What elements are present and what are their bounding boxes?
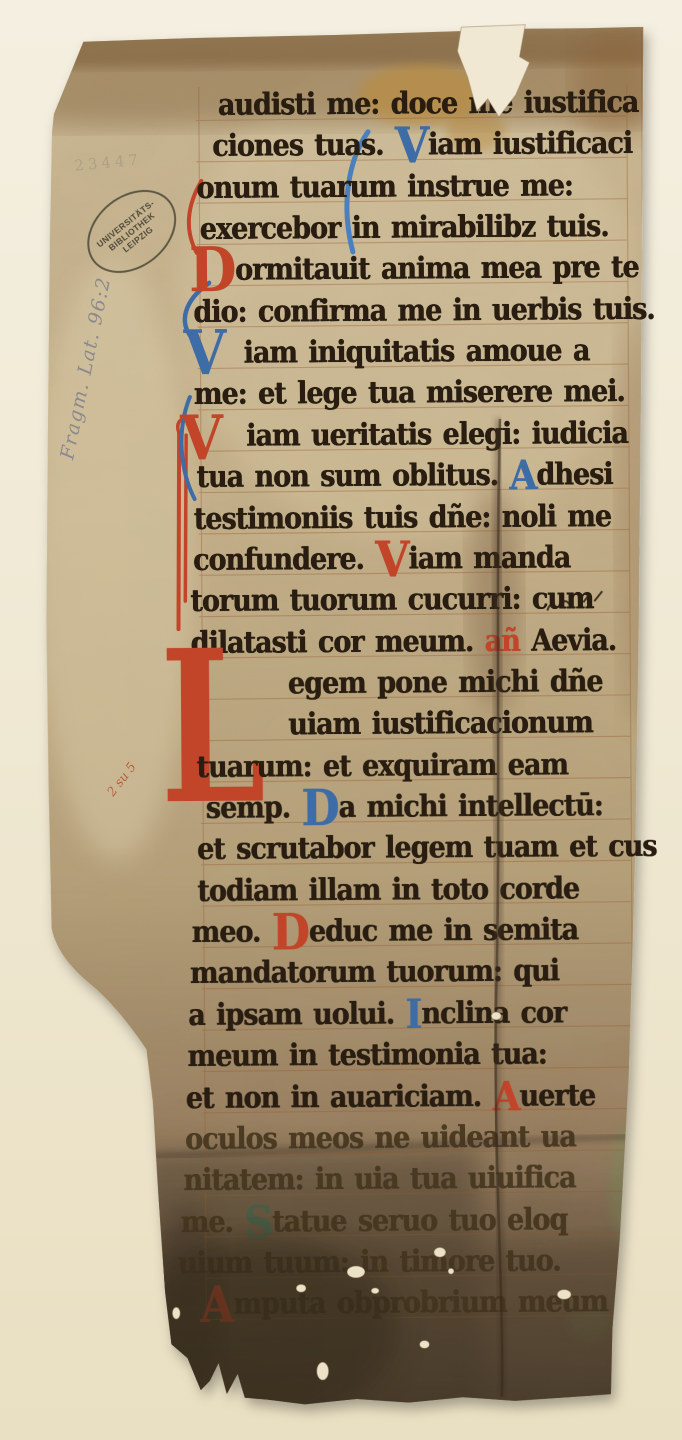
text-segment: mputa obprobrium meum xyxy=(233,1284,608,1321)
text-segment: dhesi xyxy=(536,457,612,492)
blue-initial: I xyxy=(405,991,421,1038)
text-segment: ormitauit anima mea pre te xyxy=(235,250,639,288)
manuscript-text-line: tuarum: et exquiram eam xyxy=(196,746,568,786)
text-segment: tua non sum oblitus. xyxy=(196,458,509,495)
text-segment: a ipsam uolui. xyxy=(188,997,406,1033)
manuscript-text-line: me: et lege tua miserere mei. xyxy=(194,373,625,413)
text-segment: nclina cor xyxy=(421,996,566,1032)
red-initial: V xyxy=(375,532,409,589)
text-segment: meo. xyxy=(191,915,271,950)
manuscript-text-line: semp. Da michi intellectū: xyxy=(206,787,603,827)
text-segment: exercebor in mirabilibz tuis. xyxy=(200,209,609,247)
blue-initial: D xyxy=(301,780,339,837)
red-initial: A xyxy=(200,1277,234,1334)
manuscript-text-line: Viam iniquitatis amoue a xyxy=(243,332,589,371)
manuscript-text-line: Legem pone michi dñe xyxy=(288,663,603,702)
manuscript-text-line: uium tuum: in timore tuo. xyxy=(178,1242,561,1282)
text-segment: iam ueritatis elegi: iudicia xyxy=(246,416,628,453)
text-segment: onum tuarum instrue me: xyxy=(196,168,573,205)
red-initial: A xyxy=(492,1073,519,1120)
manuscript-text-line: tua non sum oblitus. Adhesi xyxy=(196,456,612,496)
text-segment: me: et lege tua miserere mei. xyxy=(194,374,625,412)
text-segment: tuarum: et exquiram eam xyxy=(196,748,568,785)
text-segment: audisti me: doce me iustifica xyxy=(218,85,639,123)
manuscript-text-line: et non in auariciam. Auerte xyxy=(186,1077,596,1117)
text-segment: meum in testimonia tua: xyxy=(187,1037,546,1074)
manuscript-text-line: onum tuarum instrue me: xyxy=(196,167,573,207)
text-segment: educ me in semita xyxy=(309,912,578,949)
text-segment: uiam iustificacionum xyxy=(288,705,593,742)
manuscript-text-line: me. Statue seruo tuo eloq xyxy=(181,1201,568,1241)
manuscript-text-line: dio: confirma me in uerbis tuis. xyxy=(193,291,655,331)
manuscript-text-line: audisti me: doce me iustifica xyxy=(218,84,639,124)
manuscript-text-line: Viam ueritatis elegi: iudicia xyxy=(246,415,628,455)
text-segment: et non in auariciam. xyxy=(186,1079,493,1116)
manuscript-text-line: Amputa obprobrium meum xyxy=(200,1283,608,1323)
manuscript-text-line: et scrutabor legem tuam et cus xyxy=(197,828,657,868)
text-segment: iam iustificaci xyxy=(428,126,632,162)
manuscript-text-line: oculos meos ne uideant ua xyxy=(185,1118,576,1158)
manuscript-text-line: mandatorum tuorum: qui xyxy=(190,952,559,992)
manuscript-text-line: ciones tuas. Viam iustificaci xyxy=(212,125,632,165)
blue-initial: V xyxy=(183,328,225,378)
manuscript-text-line: uiam iustificacionum xyxy=(288,704,593,743)
manuscript-text-line: meum in testimonia tua: xyxy=(187,1036,546,1075)
text-segment: me. xyxy=(181,1205,245,1240)
text-segment: oculos meos ne uideant ua xyxy=(185,1119,576,1156)
text-segment: et scrutabor legem tuam et cus xyxy=(197,829,657,867)
text-segment: uerte xyxy=(519,1078,595,1113)
text-segment: iam manda xyxy=(408,541,570,577)
text-segment: semp. xyxy=(206,790,302,825)
blue-initial: A xyxy=(509,452,536,499)
text-segment: uium tuum: in timore tuo. xyxy=(178,1244,561,1281)
text-segment: tatue seruo tuo eloq xyxy=(272,1203,567,1240)
parchment-sheet: UNIVERSITÄTS- BIBLIOTHEK LEIPZIG 23447 F… xyxy=(0,0,682,1440)
text-segment: a michi intellectū: xyxy=(338,788,602,825)
red-initial: V xyxy=(180,413,222,463)
manuscript-text-line: todiam illam in toto corde xyxy=(197,870,579,910)
manuscript-text-line: meo. Deduc me in semita xyxy=(191,911,578,951)
text-segment: confundere. xyxy=(193,542,375,578)
manuscript-text-line: Dormitauit anima mea pre te xyxy=(235,249,639,289)
manuscript-text-line: nitatem: in uia tua uiuifica xyxy=(183,1159,575,1199)
manuscript-text-line: confundere. Viam manda xyxy=(193,539,570,579)
text-segment: Aevia. xyxy=(531,623,616,658)
text-segment: iam iniquitatis amoue a xyxy=(243,333,589,370)
manuscript-text-line: a ipsam uolui. Inclina cor xyxy=(188,994,566,1034)
text-segment: dio: confirma me in uerbis tuis. xyxy=(193,292,655,330)
green-initial: S xyxy=(244,1197,272,1250)
text-segment: todiam illam in toto corde xyxy=(197,871,579,908)
text-segment: nitatem: in uia tua uiuifica xyxy=(183,1160,575,1197)
text-segment: egem pone michi dñe xyxy=(288,664,603,701)
red-initial: D xyxy=(272,904,310,961)
text-segment: ciones tuas. xyxy=(212,128,395,164)
red-initial: añ xyxy=(484,624,531,659)
photograph: UNIVERSITÄTS- BIBLIOTHEK LEIPZIG 23447 F… xyxy=(0,0,682,1440)
red-initial: D xyxy=(189,245,236,295)
blue-initial: V xyxy=(395,117,429,174)
text-segment: mandatorum tuorum: qui xyxy=(190,954,559,991)
manuscript-text-line: exercebor in mirabilibz tuis. xyxy=(200,208,609,248)
